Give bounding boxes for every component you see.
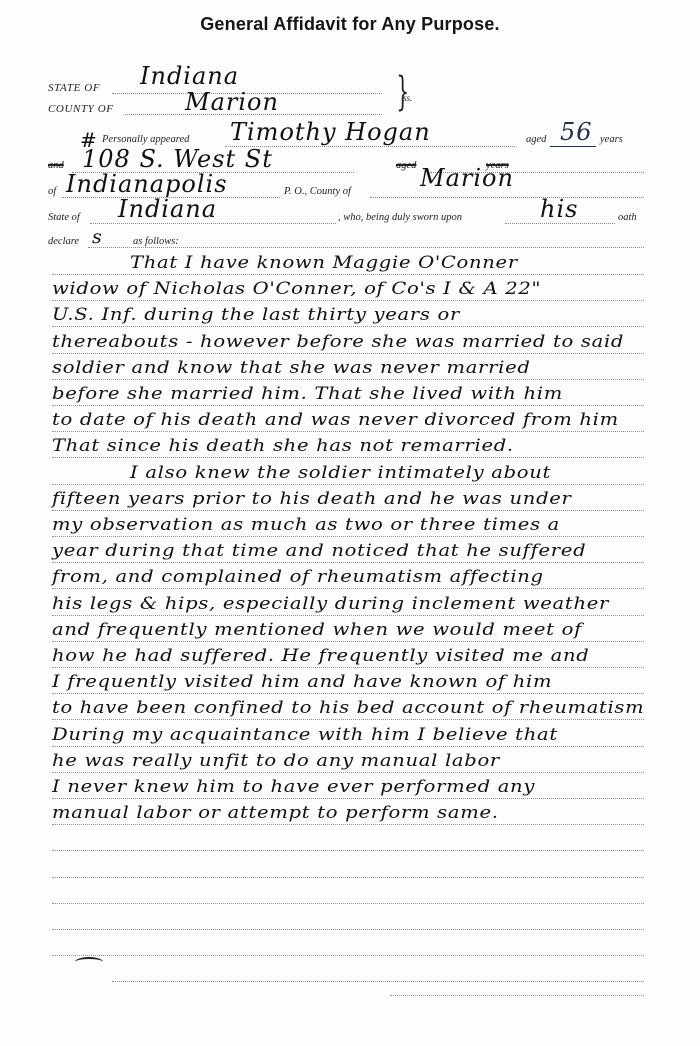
statement-line: U.S. Inf. during the last thirty years o… [52,305,460,325]
address-value: 108 S. West St [82,145,273,173]
declare-pronoun: s [92,226,103,248]
ruled-line [52,274,644,275]
po-county-field-line [370,197,644,198]
ruled-line [52,693,644,694]
ruled-line [52,641,644,642]
county-label: COUNTY OF [48,103,114,115]
statement-line: I frequently visited him and have known … [52,672,552,692]
ruled-line [52,615,644,616]
statement-line: year during that time and noticed that h… [52,541,586,561]
statement-line: That I have known Maggie O'Conner [130,253,518,273]
brace-symbol: } [396,72,409,112]
statement-line: fifteen years prior to his death and he … [52,489,572,509]
po-county-value: Marion [420,164,514,192]
blank-ruled-line [52,929,644,930]
ruled-line [52,326,644,327]
affiant-name: Timothy Hogan [230,118,431,146]
statement-line: my observation as much as two or three t… [52,515,560,535]
ink-mark [75,957,103,967]
blank-ruled-line [52,903,644,904]
of-label: of [48,186,56,197]
oath-label: oath [618,212,637,223]
signature-line [390,995,644,996]
blank-ruled-line [52,955,644,956]
statement-line: from, and complained of rheumatism affec… [52,567,544,587]
statement-line: how he had suffered. He frequently visit… [52,646,589,666]
ruled-line [52,719,644,720]
ss-label: ss. [403,93,412,103]
years-label: years [600,134,623,145]
and-struck-label: and [48,160,64,171]
pronoun-value: his [540,195,578,223]
ruled-line [52,588,644,589]
blank-ruled-line [52,850,644,851]
statement-line: to date of his death and was never divor… [52,410,619,430]
statement-line: and frequently mentioned when we would m… [52,620,582,640]
statement-line: before she married him. That she lived w… [52,384,563,404]
ruled-line [52,300,644,301]
declare-label: declare [48,236,79,247]
personally-appeared-label: Personally appeared [102,134,189,145]
aged-label: aged [526,134,546,145]
statement-line: thereabouts - however before she was mar… [52,332,624,352]
ruled-line [52,353,644,354]
ruled-line [52,772,644,773]
ruled-line [52,484,644,485]
statement-line: soldier and know that she was never marr… [52,358,531,378]
ruled-line [52,824,644,825]
ruled-line [52,379,644,380]
state-of-label: State of [48,212,80,223]
residence-state-field-line [90,223,336,224]
as-follows-label: as follows: [133,236,179,247]
form-title: General Affidavit for Any Purpose. [0,14,700,35]
statement-line: he was really unfit to do any manual lab… [52,751,500,771]
declare-field-line [88,247,644,248]
ruled-line [52,510,644,511]
statement-line: That since his death she has not remarri… [52,436,514,456]
po-county-label: P. O., County of [284,186,351,197]
statement-line: I never knew him to have ever performed … [52,777,535,797]
blank-ruled-line [52,877,644,878]
ruled-line [52,405,644,406]
statement-line: widow of Nicholas O'Conner, of Co's I & … [52,279,541,299]
statement-line: to have been confined to his bed account… [52,698,644,718]
statement-line: manual labor or attempt to perform same. [52,803,499,823]
ruled-line [52,536,644,537]
state-label: STATE OF [48,82,100,94]
ruled-line [52,431,644,432]
blank-ruled-line [112,981,644,982]
city-value: Indianapolis [66,170,228,198]
ruled-line [52,746,644,747]
residence-state-value: Indiana [118,195,217,223]
age-field-line [550,146,596,147]
pronoun-field-line [505,223,615,224]
ruled-line [52,798,644,799]
county-value: Marion [185,88,279,116]
aged-struck-label: aged [396,160,416,171]
statement-line: During my acquaintance with him I believ… [52,725,558,745]
ruled-line [52,562,644,563]
ruled-line [52,457,644,458]
state-value: Indiana [140,62,239,90]
affiant-age: 56 [560,118,593,146]
statement-line: his legs & hips, especially during incle… [52,594,609,614]
statement-line: I also knew the soldier intimately about [130,463,551,483]
ruled-line [52,667,644,668]
sworn-label: , who, being duly sworn upon [338,212,462,223]
